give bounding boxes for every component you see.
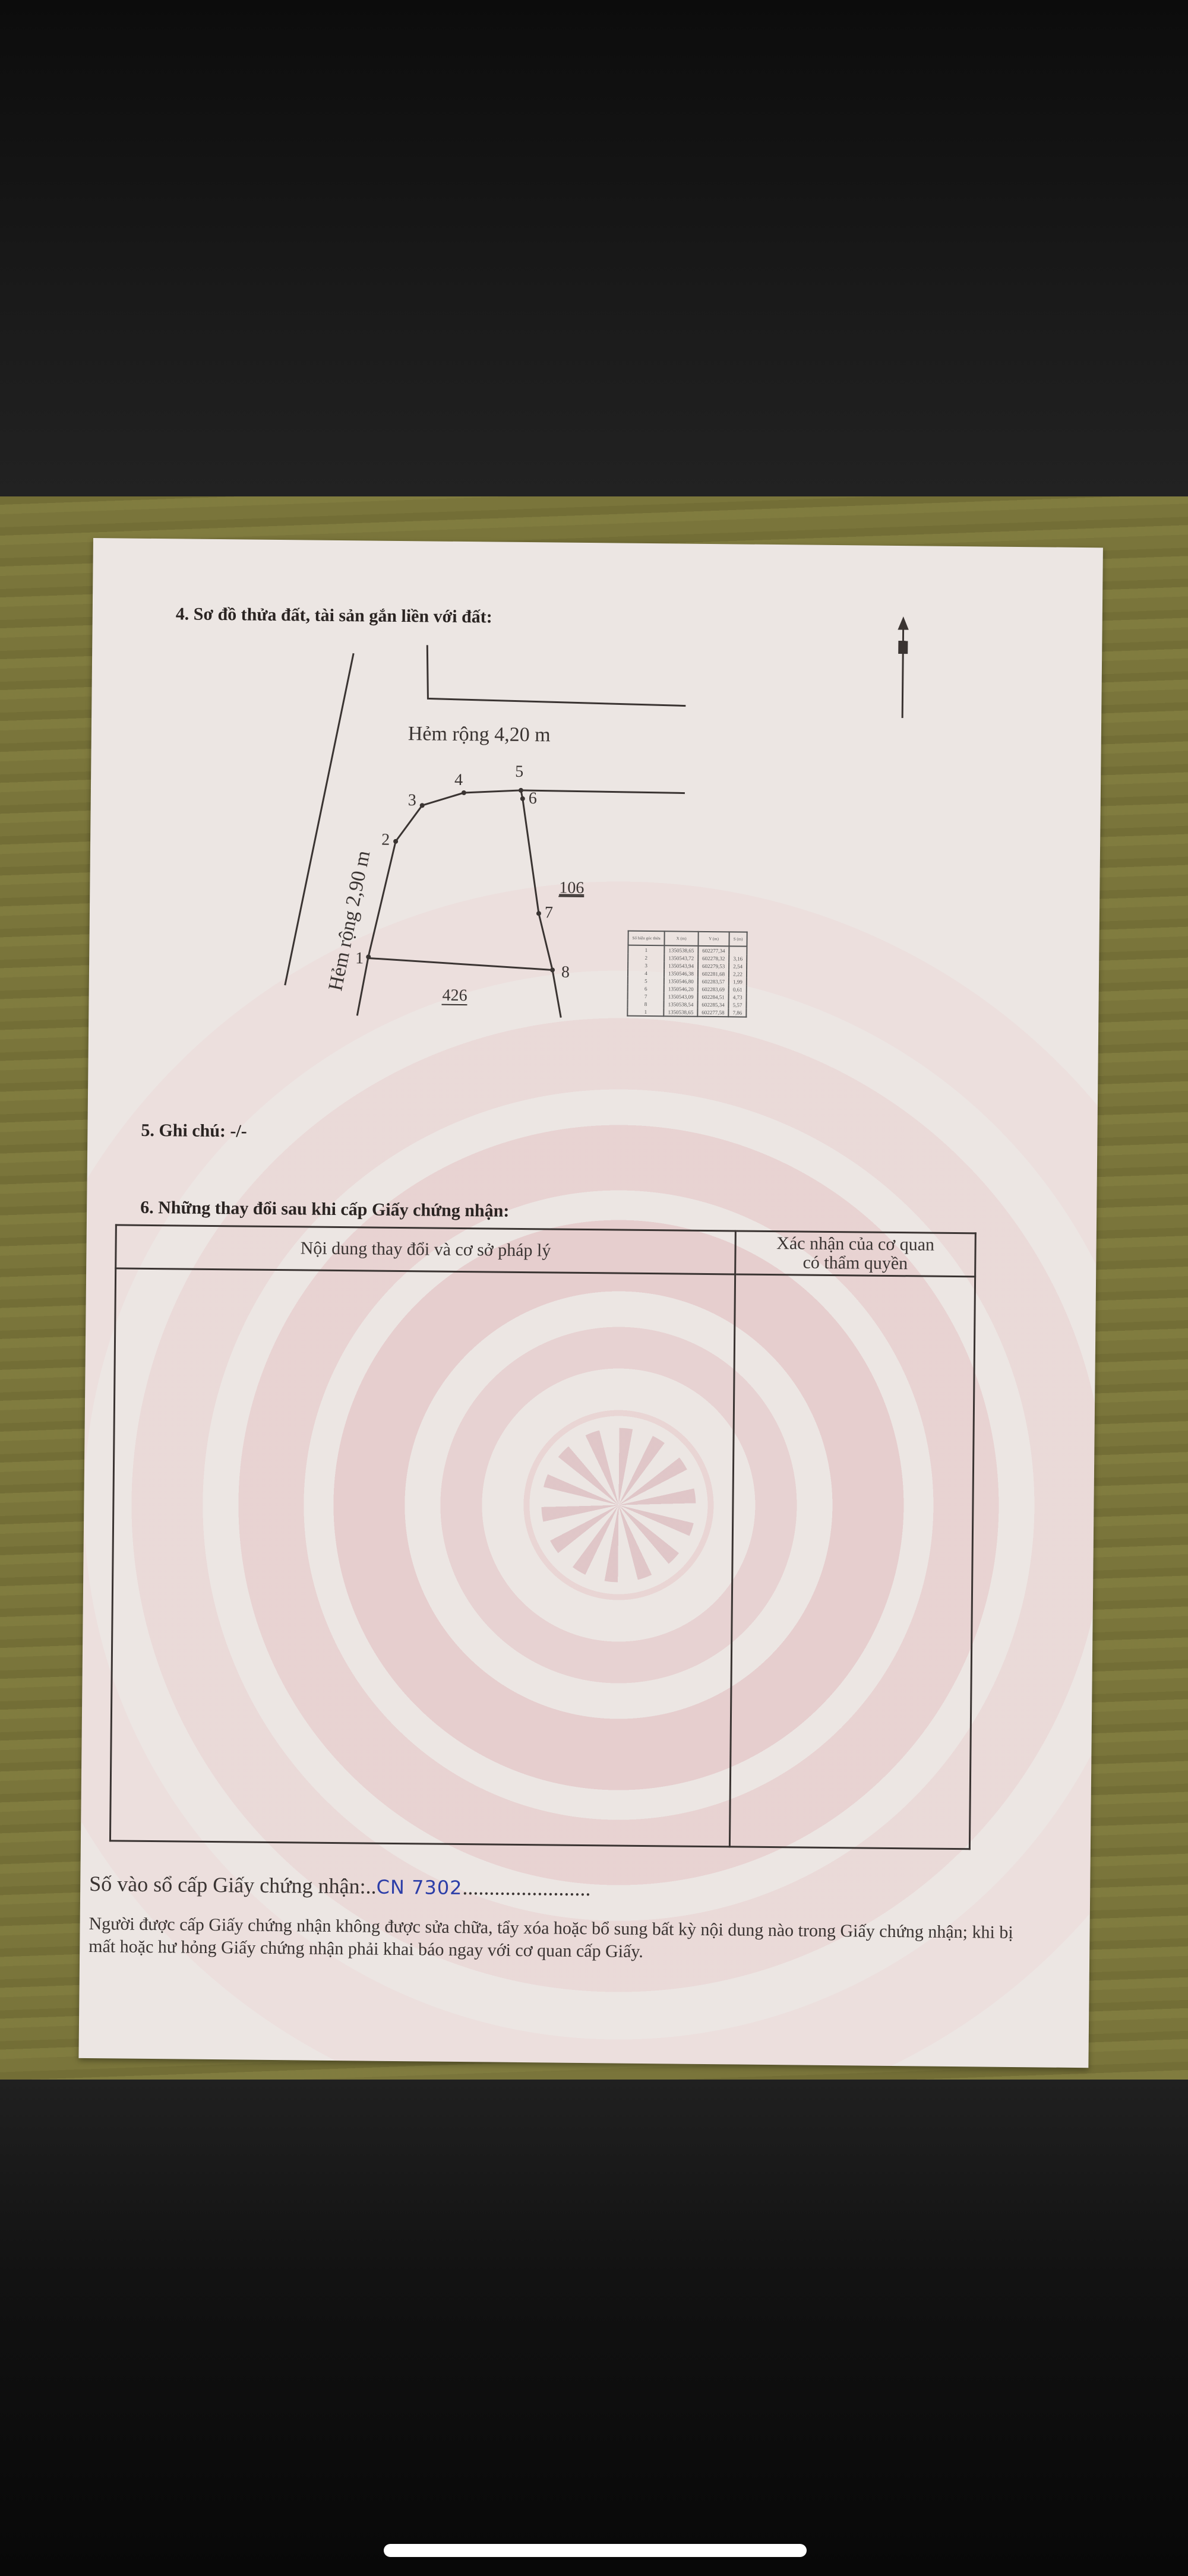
changes-confirmation-cell (729, 1274, 975, 1849)
coord-cell: 1350546,20 (664, 985, 698, 993)
vertex-7-label: 7 (545, 903, 553, 922)
document-photo: 4. Sơ đồ thửa đất, tài sản gắn liền với … (0, 496, 1188, 2080)
home-indicator[interactable] (384, 2544, 807, 2557)
registration-number-line: Số vào sổ cấp Giấy chứng nhận:..CN 7302.… (89, 1871, 591, 1901)
coord-cell: 5,57 (729, 1001, 747, 1008)
changes-header-confirmation: Xác nhận của cơ quan có thẩm quyền (735, 1231, 976, 1277)
changes-content-cell (110, 1268, 735, 1847)
coord-cell: 6 (628, 985, 664, 993)
coord-cell: 1350546,38 (664, 969, 698, 977)
vertex-8-label: 8 (561, 963, 570, 982)
registration-label: Số vào sổ cấp Giấy chứng nhận:.. (89, 1872, 377, 1898)
coord-cell: 1350543,94 (664, 961, 698, 970)
coord-cell: 1 (627, 1008, 663, 1017)
bottom-dark-area (0, 2080, 1188, 2576)
coordinate-table: Số hiệu góc thửa X (m) Y (m) S (m) 11350… (627, 931, 747, 1018)
coord-cell: 1350543,09 (664, 992, 698, 1001)
coord-cell: 4 (628, 969, 664, 977)
changes-header-content: Nội dung thay đổi và cơ sở pháp lý (116, 1225, 736, 1274)
neighbor-parcel-106: 106 (559, 879, 584, 897)
coord-cell: 7,86 (728, 1008, 746, 1017)
section-5-notes: 5. Ghi chú: -/- (141, 1121, 247, 1142)
coord-cell: 1,99 (729, 977, 747, 985)
coord-cell: 4,73 (729, 993, 747, 1001)
coord-cell: 602285,34 (697, 1001, 728, 1009)
vertex-2-label: 2 (381, 831, 390, 849)
road-left-label: Hẻm rộng 2,90 m (324, 849, 374, 992)
vertex-4-label: 4 (454, 771, 463, 789)
registration-dots: ........................ (462, 1875, 590, 1900)
confirmation-header-line1: Xác nhận của cơ quan (776, 1233, 934, 1255)
changes-table: Nội dung thay đổi và cơ sở pháp lý Xác n… (109, 1224, 977, 1850)
coord-header-vertex: Số hiệu góc thửa (628, 931, 664, 946)
vertex-6-label: 6 (529, 789, 537, 808)
coord-cell: 1350546,80 (664, 977, 698, 985)
coord-header-s: S (m) (729, 932, 747, 946)
coord-cell: 1 (628, 945, 664, 954)
coord-cell: 602277,34 (698, 946, 729, 955)
parcel-sketch: 1 2 3 4 5 6 7 8 Hẻm rộng 4,20 m Hẻm rộng… (88, 538, 1103, 1082)
coord-cell (729, 946, 747, 954)
coord-cell: 1350538,54 (664, 1000, 698, 1008)
coord-cell: 2,54 (729, 962, 747, 970)
neighbor-parcel-426: 426 (442, 986, 467, 1005)
registration-number: CN 7302 (376, 1876, 462, 1899)
coord-row: 11350538,65602277,587,86 (627, 1008, 746, 1017)
vertex-1-label: 1 (355, 949, 364, 967)
vertex-3-label: 3 (408, 791, 416, 809)
vertex-5-label: 5 (515, 762, 523, 781)
coord-cell: 2,22 (729, 970, 747, 977)
coord-cell: 602279,53 (698, 962, 729, 970)
land-certificate-page: 4. Sơ đồ thửa đất, tài sản gắn liền với … (78, 538, 1102, 2068)
parcel-diagram: 1 2 3 4 5 6 7 8 Hẻm rộng 4,20 m Hẻm rộng… (88, 538, 1103, 1082)
top-dark-area (0, 0, 1188, 496)
coord-cell: 1350538,65 (663, 1008, 697, 1017)
coord-cell: 1350538,65 (664, 945, 698, 954)
coord-cell: 602284,51 (697, 993, 728, 1001)
coord-cell: 602277,58 (697, 1008, 728, 1017)
coord-cell: 3 (628, 961, 664, 970)
confirmation-header-line2: có thẩm quyền (802, 1253, 908, 1274)
coord-header-y: Y (m) (698, 932, 729, 947)
legal-notice: Người được cấp Giấy chứng nhận không đượ… (89, 1913, 1039, 1967)
coord-cell: 602281,68 (698, 970, 729, 978)
coord-cell: 3,16 (729, 954, 747, 962)
coord-header-x: X (m) (665, 931, 699, 946)
coord-cell: 1350543,72 (664, 954, 698, 962)
coord-cell: 602283,57 (698, 977, 729, 986)
coord-cell: 7 (628, 992, 664, 1001)
coord-cell: 0,61 (729, 985, 747, 993)
road-top-label: Hẻm rộng 4,20 m (408, 723, 551, 746)
coord-cell: 602278,32 (698, 954, 729, 963)
coord-cell: 5 (628, 977, 664, 985)
coord-cell: 602283,69 (698, 985, 729, 993)
section-6-heading: 6. Những thay đổi sau khi cấp Giấy chứng… (140, 1198, 510, 1221)
coord-cell: 8 (627, 1000, 663, 1008)
coord-cell: 2 (628, 954, 664, 962)
